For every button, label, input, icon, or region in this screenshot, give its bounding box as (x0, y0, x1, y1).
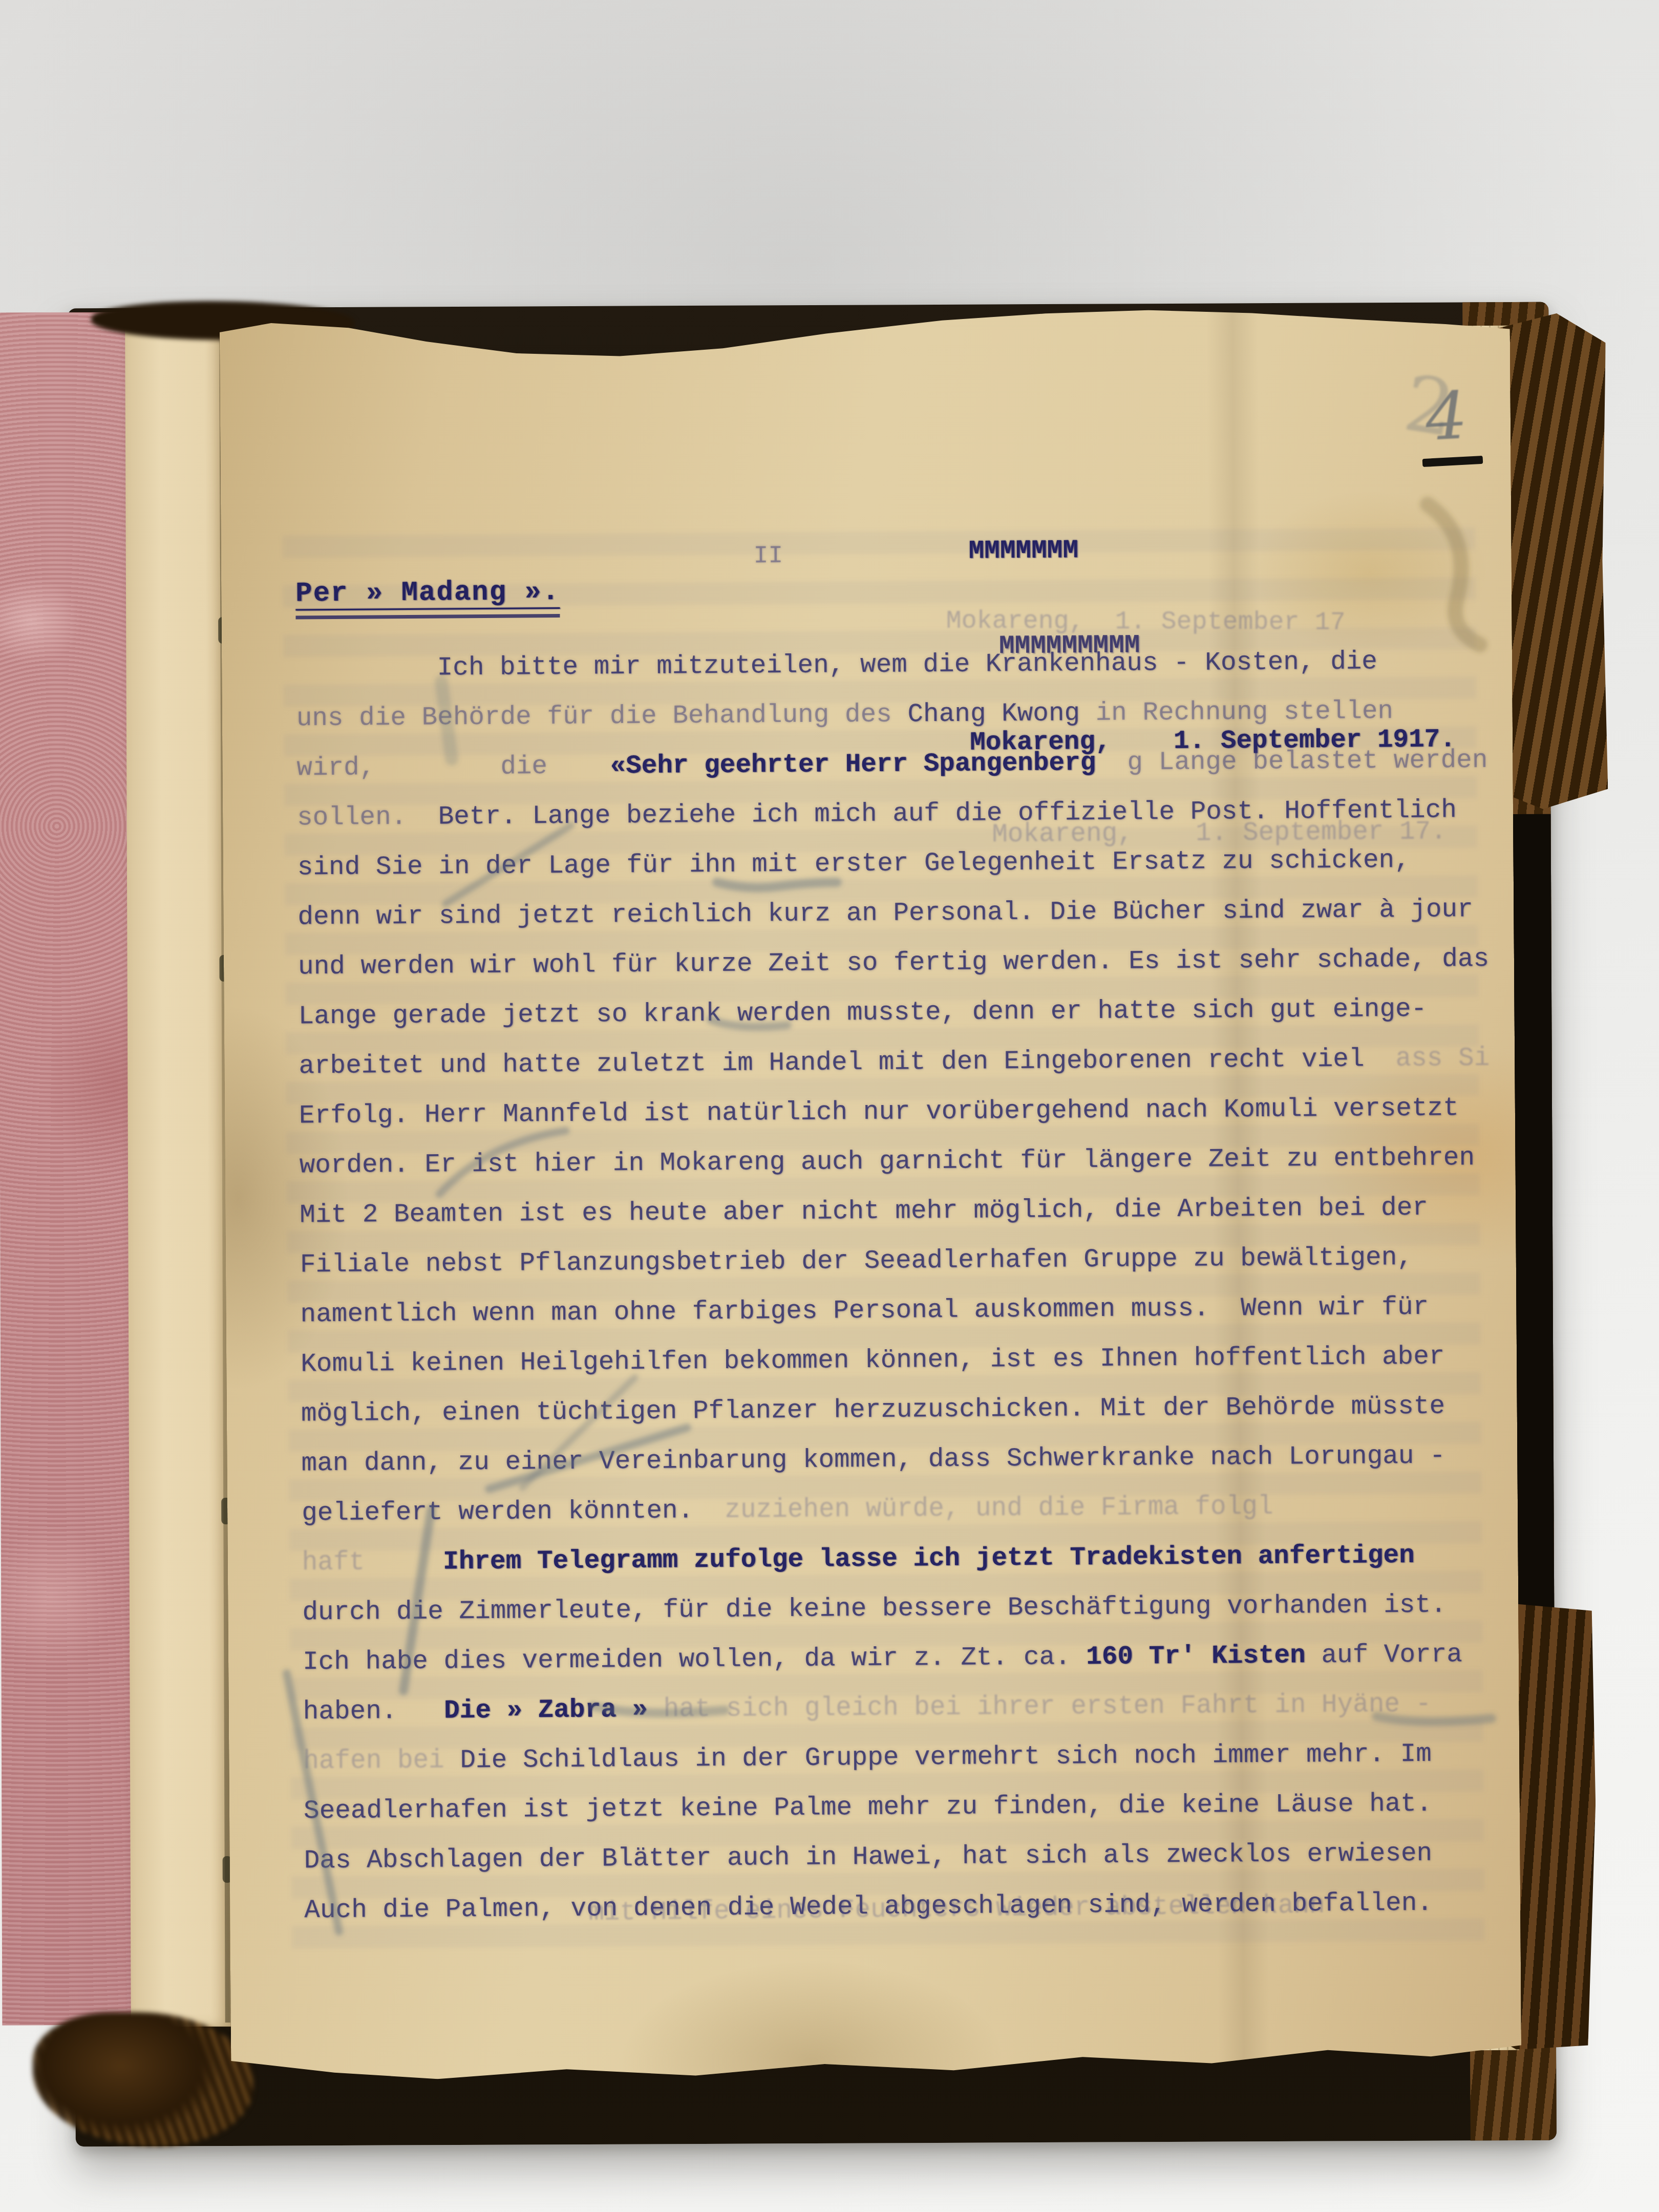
typed-line: hafen bei Die Schildlaus in der Gruppe v… (303, 1729, 1502, 1787)
typed-line: möglich, einen tüchtigen Pflanzer herzuz… (301, 1381, 1500, 1439)
typed-text-segment: Das Abschlagen der Blätter auch in Hawei… (304, 1839, 1432, 1876)
overstrike-m-row: MMMMMMM (968, 533, 1454, 567)
typed-line: Das Abschlagen der Blätter auch in Hawei… (304, 1828, 1502, 1886)
typed-text-segment: Chang Kwong (907, 699, 1080, 729)
typed-text-segment: worden. Er ist hier in Mokareng auch gar… (299, 1143, 1475, 1180)
typed-line: und werden wir wohl für kurze Zeit so fe… (298, 934, 1497, 992)
typed-text-segment: Lange gerade jetzt so krank werden musst… (298, 995, 1427, 1032)
typed-line: haft Ihrem Telegramm zufolge lasse ich j… (302, 1530, 1500, 1588)
typed-line: sind Sie in der Lage für ihn mit erster … (297, 835, 1496, 893)
typed-line: Seeadlerhafen ist jetzt keine Palme mehr… (304, 1779, 1502, 1837)
typed-line: denn wir sind jetzt reichlich kurz an Pe… (297, 885, 1496, 943)
typed-line: sollen. Betr. Lange beziehe ich mich auf… (297, 785, 1496, 843)
typed-text-segment: Erfolg. Herr Mannfeld ist natürlich nur … (299, 1094, 1459, 1131)
typed-text-segment: haft (302, 1548, 443, 1578)
page-number-group: 2 4 (1402, 376, 1535, 494)
typed-text-segment: Ich habe dies vermeiden wollen, da wir z… (303, 1643, 1087, 1677)
typed-line: Filiale nebst Pflanzungsbetrieb der Seea… (300, 1232, 1499, 1290)
letter-body: Ich bitte mir mitzuteilen, wem die Krank… (296, 636, 1503, 1936)
typed-text-segment: in Rechnung stellen (1080, 697, 1393, 728)
typed-text-segment: Komuli keinen Heilgehilfen bekommen könn… (301, 1343, 1445, 1379)
typed-text-segment: g Lange belastet werden (1096, 746, 1487, 778)
typed-line: Lange gerade jetzt so krank werden musst… (298, 984, 1497, 1042)
typed-text-segment: sind Sie in der Lage für ihn mit erster … (297, 846, 1410, 882)
typed-text-segment: man dann, zu einer Vereinbarung kommen, … (301, 1442, 1445, 1479)
typed-text-segment: hafen bei (303, 1746, 460, 1776)
typed-line: uns die Behörde für die Behandlung des C… (296, 686, 1495, 744)
typed-text-segment: uns die Behörde für die Behandlung des (296, 700, 908, 733)
typed-text-segment: denn wir sind jetzt reichlich kurz an Pe… (297, 895, 1473, 932)
page-number-underline (1422, 456, 1483, 467)
typed-line: namentlich wenn man ohne farbiges Person… (300, 1282, 1499, 1340)
typed-text-segment: Filiale nebst Pflanzungsbetrieb der Seea… (300, 1243, 1413, 1280)
page-number-pencil: 4 (1423, 377, 1469, 456)
place-date-ghost-2: Mokareng, 1. September 17 (946, 607, 1345, 637)
roman-numeral: II (754, 542, 783, 570)
typed-line: geliefert werden könnten. zuziehen würde… (302, 1481, 1500, 1539)
photo-backdrop: MMMMMMM MMMMMMMMM Mokareng, 1. September… (0, 0, 1659, 2212)
typed-text-segment: wird, die (296, 752, 610, 783)
typed-text-segment: arbeitet und hatte zuletzt im Handel mit… (299, 1045, 1364, 1081)
letter-page: MMMMMMM MMMMMMMMM Mokareng, 1. September… (220, 306, 1522, 2082)
typed-text-segment: ass Si (1364, 1044, 1490, 1074)
typed-text-segment: zuziehen würde, und die Firma folgl (693, 1493, 1273, 1526)
typed-text-segment: sollen. (297, 803, 438, 833)
typed-text-segment: 160 Tr' Kisten (1086, 1641, 1306, 1672)
typed-line: man dann, zu einer Vereinbarung kommen, … (301, 1431, 1500, 1489)
typed-line: wird, die «Sehr geehrter Herr Spangenber… (296, 736, 1495, 794)
typed-text-segment: hat sich gleich bei ihrer ersten Fahrt i… (648, 1690, 1432, 1725)
typed-line: worden. Er ist hier in Mokareng auch gar… (299, 1133, 1498, 1191)
typed-line: durch die Zimmerleute, für die keine bes… (302, 1580, 1501, 1638)
typed-line: Ich habe dies vermeiden wollen, da wir z… (303, 1630, 1501, 1688)
typed-text-segment: Ihrem Telegramm zufolge lasse ich jetzt … (443, 1541, 1415, 1577)
typed-text-segment: Mit 2 Beamten ist es heute aber nicht me… (300, 1194, 1428, 1230)
typed-text-segment: «Sehr geehrter Herr Spangenberg (610, 749, 1096, 781)
typed-text-segment: durch die Zimmerleute, für die keine bes… (302, 1591, 1447, 1628)
typed-line: Mit 2 Beamten ist es heute aber nicht me… (300, 1183, 1498, 1241)
typed-text-segment: namentlich wenn man ohne farbiges Person… (300, 1293, 1429, 1330)
typed-text-segment (296, 654, 437, 684)
typed-line: Komuli keinen Heilgehilfen bekommen könn… (301, 1332, 1499, 1390)
flyleaf-page-edge (125, 322, 231, 2027)
typed-line: Ich bitte mir mitzuteilen, wem die Krank… (296, 636, 1495, 694)
typed-line: haben. Die » Zabra » hat sich gleich bei… (303, 1679, 1501, 1737)
typed-text-segment: auf Vorra (1306, 1640, 1462, 1670)
typed-text-segment: und werden wir wohl für kurze Zeit so fe… (298, 945, 1489, 982)
typed-line: arbeitet und hatte zuletzt im Handel mit… (299, 1034, 1497, 1092)
typed-line: Erfolg. Herr Mannfeld ist natürlich nur … (299, 1083, 1498, 1141)
typed-text-segment: Ich bitte mir mitzuteilen, wem die Krank… (437, 647, 1377, 683)
typed-text-segment: Seeadlerhafen ist jetzt keine Palme mehr… (304, 1790, 1432, 1826)
typed-text-segment: möglich, einen tüchtigen Pflanzer herzuz… (301, 1392, 1445, 1429)
ship-route-heading: Per » Madang ». (295, 577, 560, 619)
typed-text-segment: haben. (303, 1697, 444, 1727)
typed-text-segment: geliefert werden könnten. (302, 1496, 693, 1528)
typed-text-segment: Betr. Lange beziehe ich mich auf die off… (438, 796, 1457, 832)
typed-text-segment: Die » Zabra » (444, 1695, 648, 1726)
typed-text-segment: Die Schildlaus in der Gruppe vermehrt si… (460, 1740, 1432, 1776)
